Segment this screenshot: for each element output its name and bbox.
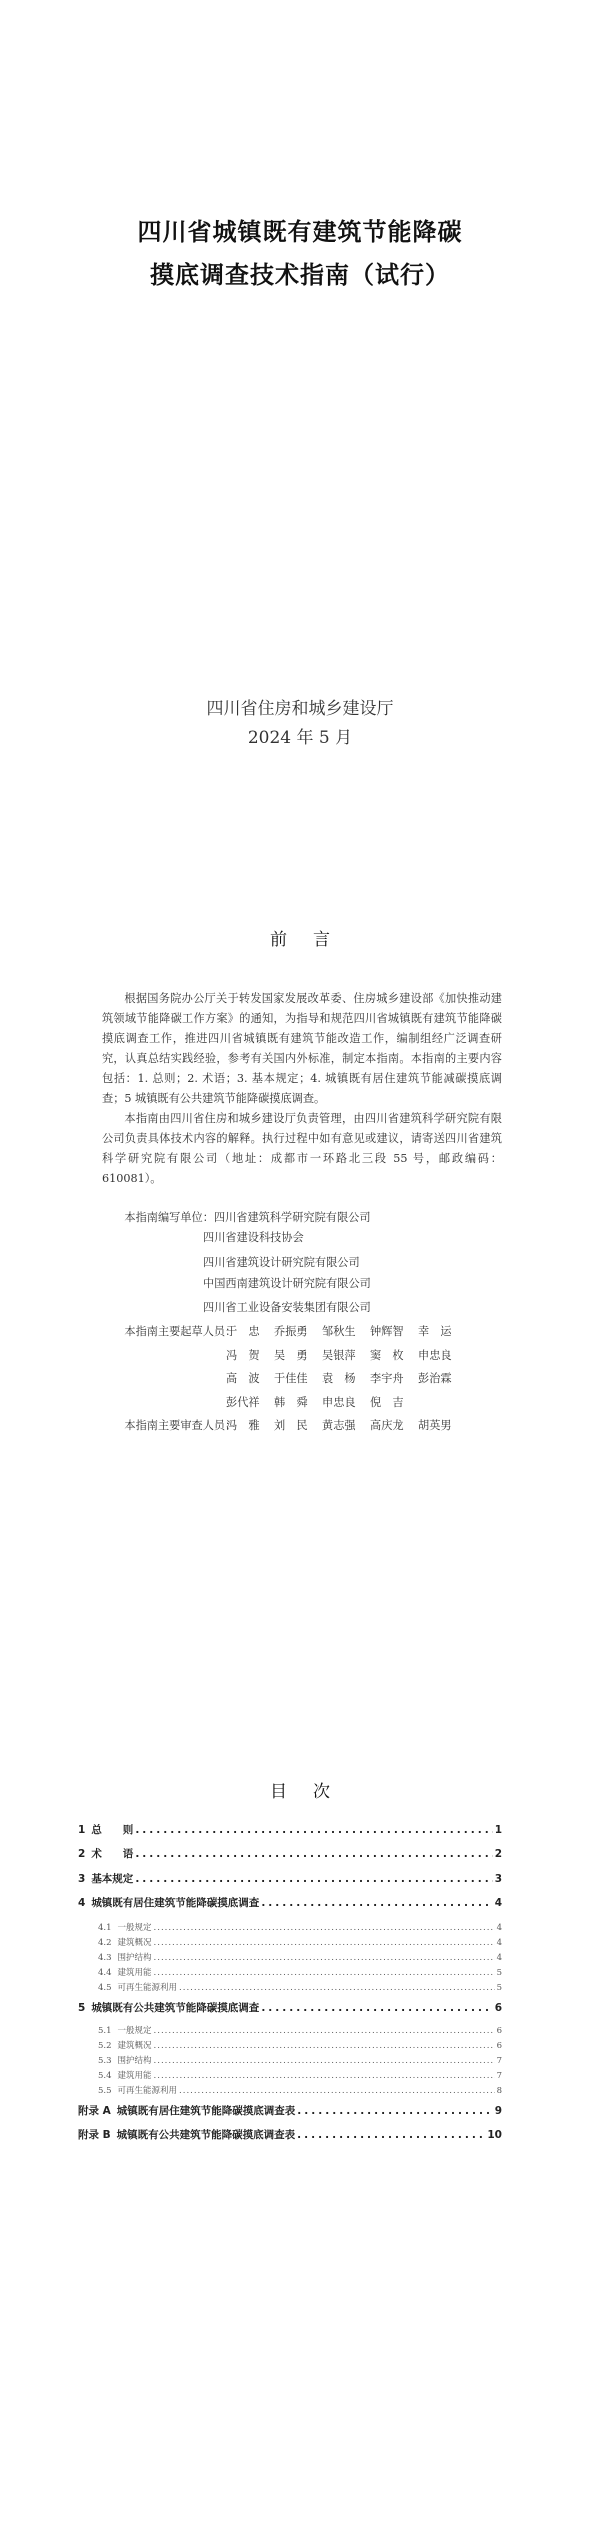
leader-dots [135,1824,492,1836]
drafters-label: 本指南主要起草人员： [124,1325,236,1338]
drafter-names-row: 高 波于佳佳袁 杨李宇舟彭治霖 [226,1370,466,1386]
document-title-line-2: 摸底调查技术指南（试行） [0,255,600,290]
drafter-names-row: 冯 贺吴 勇吴银萍窦 枚申忠良 [226,1347,466,1363]
toc-subentry[interactable]: 5.5可再生能源利用8 [78,2084,502,2096]
editor-org: 四川省建设科技协会 [203,1229,304,1245]
leader-dots [154,2071,495,2081]
leader-dots [154,1923,495,1933]
drafter-names-row: 于 忠乔振勇邹秋生钟辉智幸 运 [226,1323,466,1339]
issue-date: 2024 年 5 月 [0,723,600,748]
editor-org: 四川省工业设备安装集团有限公司 [203,1299,371,1315]
toc-entry[interactable]: 2术 语2 [78,1846,502,1861]
leader-dots [135,1848,492,1860]
editor-org: 中国西南建筑设计研究院有限公司 [203,1275,371,1291]
preface-paragraph: 根据国务院办公厅关于转发国家发展改革委、住房城乡建设部《加快推动建筑领域节能降碳… [102,989,502,1109]
editor-org: 四川省建筑科学研究院有限公司 [214,1211,371,1224]
leader-dots [154,2026,495,2036]
editor-org: 四川省建筑设计研究院有限公司 [203,1254,360,1270]
toc-subentry[interactable]: 4.3围护结构4 [78,1951,502,1963]
preface-heading: 前言 [0,925,600,950]
leader-dots [179,1983,495,1993]
toc-entry[interactable]: 3基本规定3 [78,1871,502,1886]
toc-subentry[interactable]: 5.3围护结构7 [78,2054,502,2066]
leader-dots [154,1953,495,1963]
issuing-authority: 四川省住房和城乡建设厅 [0,694,600,719]
toc-subentry[interactable]: 4.2建筑概况4 [78,1936,502,1948]
reviewers-label: 本指南主要审查人员： [124,1419,236,1432]
preface-body: 根据国务院办公厅关于转发国家发展改革委、住房城乡建设部《加快推动建筑领域节能降碳… [102,989,502,1189]
leader-dots [261,1897,492,1909]
toc-entry[interactable]: 附录 B城镇既有公共建筑节能降碳摸底调查表10 [78,2127,502,2142]
toc-entry[interactable]: 4城镇既有居住建筑节能降碳摸底调查4 [78,1895,502,1910]
leader-dots [179,2086,495,2096]
leader-dots [297,2105,492,2117]
leader-dots [154,2041,495,2051]
reviewer-names-row: 冯 雅刘 民黄志强高庆龙胡英男 [226,1417,466,1433]
toc-subentry[interactable]: 5.1一般规定6 [78,2024,502,2036]
leader-dots [297,2129,485,2141]
document-title-line-1: 四川省城镇既有建筑节能降碳 [0,212,600,247]
editors-label: 本指南编写单位： [124,1211,214,1224]
toc-entry[interactable]: 1总 则1 [78,1822,502,1837]
leader-dots [154,2056,495,2066]
toc-heading: 目次 [0,1777,600,1802]
drafters-row: 本指南主要起草人员： [102,1323,236,1339]
toc-subentry[interactable]: 4.1一般规定4 [78,1921,502,1933]
leader-dots [261,2002,492,2014]
toc-subentry[interactable]: 4.4建筑用能5 [78,1966,502,1978]
toc-subentry[interactable]: 5.2建筑概况6 [78,2039,502,2051]
reviewers-row: 本指南主要审查人员： [102,1417,236,1433]
leader-dots [135,1873,492,1885]
drafter-names-row: 彭代祥韩 舜申忠良倪 吉 [226,1394,418,1410]
toc-subentry[interactable]: 5.4建筑用能7 [78,2069,502,2081]
preface-paragraph: 本指南由四川省住房和城乡建设厅负责管理，由四川省建筑科学研究院有限公司负责具体技… [102,1109,502,1189]
editors-row: 本指南编写单位：四川省建筑科学研究院有限公司 [102,1209,371,1225]
leader-dots [154,1938,495,1948]
toc-entry[interactable]: 附录 A城镇既有居住建筑节能降碳摸底调查表9 [78,2103,502,2118]
toc-entry[interactable]: 5城镇既有公共建筑节能降碳摸底调查6 [78,2000,502,2015]
toc-subentry[interactable]: 4.5可再生能源利用5 [78,1981,502,1993]
leader-dots [154,1968,495,1978]
